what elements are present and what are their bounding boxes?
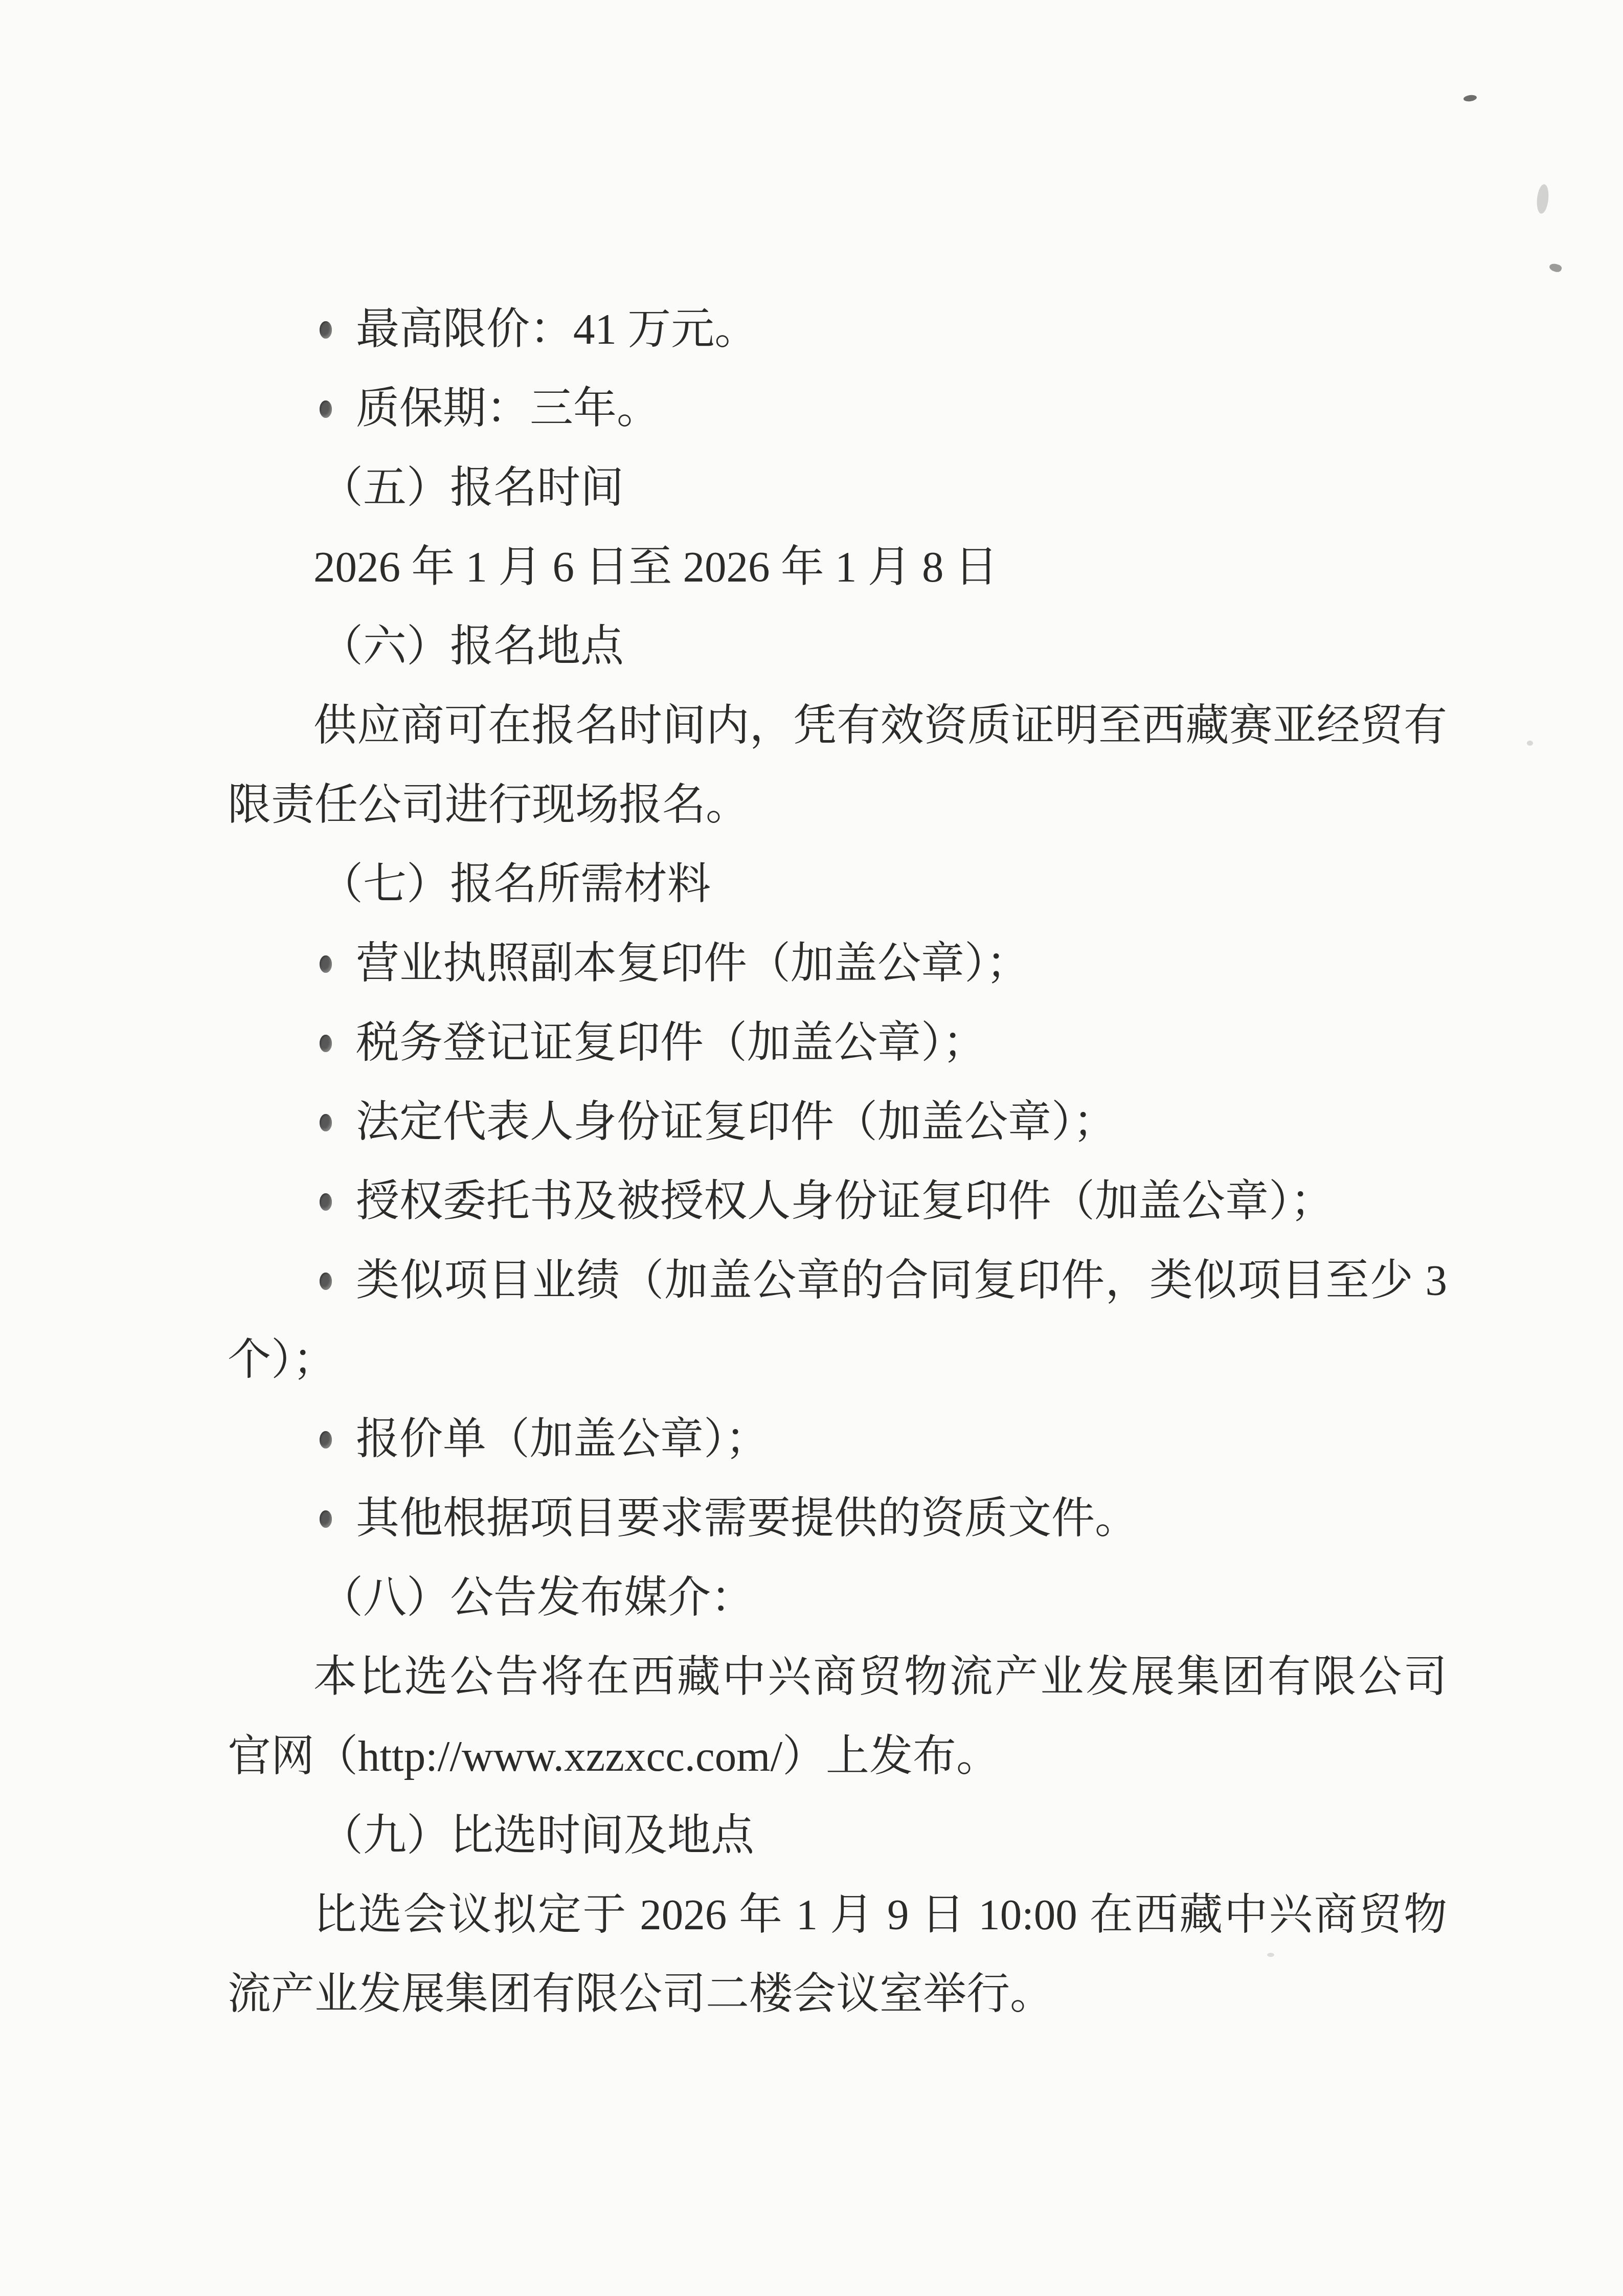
bullet-item: 授权委托书及被授权人身份证复印件（加盖公章）； <box>228 1162 1447 1241</box>
bullet-item-text: 报价单（加盖公章）； <box>356 1400 1447 1479</box>
bullet-item: 营业执照副本复印件（加盖公章）； <box>228 924 1447 1004</box>
bullet-item-text: 最高限价：41 万元。 <box>356 290 1447 369</box>
section-heading: （七）报名所需材料 <box>228 845 1447 924</box>
bullet-item: 报价单（加盖公章）； <box>228 1400 1447 1479</box>
bullet-dot-icon <box>320 400 332 418</box>
bullet-dot-icon <box>320 1193 332 1211</box>
paragraph-line: 供应商可在报名时间内，凭有效资质证明至西藏赛亚经贸有 <box>228 686 1447 766</box>
section-heading: （九）比选时间及地点 <box>228 1796 1447 1876</box>
bullet-item-text: 质保期：三年。 <box>356 369 1447 449</box>
paragraph-line: 个）； <box>228 1321 1447 1400</box>
bullet-dot-icon <box>320 1510 332 1528</box>
bullet-dot-icon <box>320 321 332 339</box>
bullet-item: 最高限价：41 万元。 <box>228 290 1447 369</box>
paragraph-line: 比选会议拟定于 2026 年 1 月 9 日 10:00 在西藏中兴商贸物 <box>228 1876 1447 1955</box>
bullet-item: 类似项目业绩（加盖公章的合同复印件，类似项目至少 3 <box>228 1241 1447 1321</box>
bullet-item: 质保期：三年。 <box>228 369 1447 449</box>
bullet-item-text: 营业执照副本复印件（加盖公章）； <box>356 924 1447 1004</box>
bullet-item: 其他根据项目要求需要提供的资质文件。 <box>228 1479 1447 1558</box>
scan-artifact <box>1536 184 1550 214</box>
scan-artifact <box>1548 262 1562 274</box>
paragraph-line: 2026 年 1 月 6 日至 2026 年 1 月 8 日 <box>228 528 1447 607</box>
paragraph-line: 本比选公告将在西藏中兴商贸物流产业发展集团有限公司 <box>228 1638 1447 1717</box>
section-heading: （六）报名地点 <box>228 607 1447 686</box>
paragraph-line: 官网（http://www.xzzxcc.com/）上发布。 <box>228 1717 1447 1796</box>
scan-artifact <box>1463 94 1477 102</box>
bullet-dot-icon <box>320 1035 332 1052</box>
bullet-dot-icon <box>320 955 332 973</box>
bullet-item-text: 类似项目业绩（加盖公章的合同复印件，类似项目至少 3 <box>356 1241 1447 1321</box>
scanned-document-page: 最高限价：41 万元。 质保期：三年。 （五）报名时间 2026 年 1 月 6… <box>0 0 1623 2296</box>
scan-artifact <box>1267 1953 1274 1957</box>
bullet-dot-icon <box>320 1431 332 1448</box>
bullet-item-text: 法定代表人身份证复印件（加盖公章）； <box>356 1083 1447 1162</box>
scan-artifact <box>1527 741 1533 746</box>
section-heading: （八）公告发布媒介： <box>228 1558 1447 1638</box>
section-heading: （五）报名时间 <box>228 449 1447 528</box>
bullet-item: 法定代表人身份证复印件（加盖公章）； <box>228 1083 1447 1162</box>
document-body: 最高限价：41 万元。 质保期：三年。 （五）报名时间 2026 年 1 月 6… <box>228 290 1447 2034</box>
bullet-item: 税务登记证复印件（加盖公章）； <box>228 1004 1447 1083</box>
bullet-item-text: 税务登记证复印件（加盖公章）； <box>356 1004 1447 1083</box>
paragraph-line: 流产业发展集团有限公司二楼会议室举行。 <box>228 1955 1447 2034</box>
bullet-item-text: 授权委托书及被授权人身份证复印件（加盖公章）； <box>356 1162 1447 1241</box>
bullet-item-text: 其他根据项目要求需要提供的资质文件。 <box>356 1479 1447 1558</box>
bullet-dot-icon <box>320 1114 332 1131</box>
bullet-dot-icon <box>320 1273 332 1290</box>
paragraph-line: 限责任公司进行现场报名。 <box>228 766 1447 845</box>
